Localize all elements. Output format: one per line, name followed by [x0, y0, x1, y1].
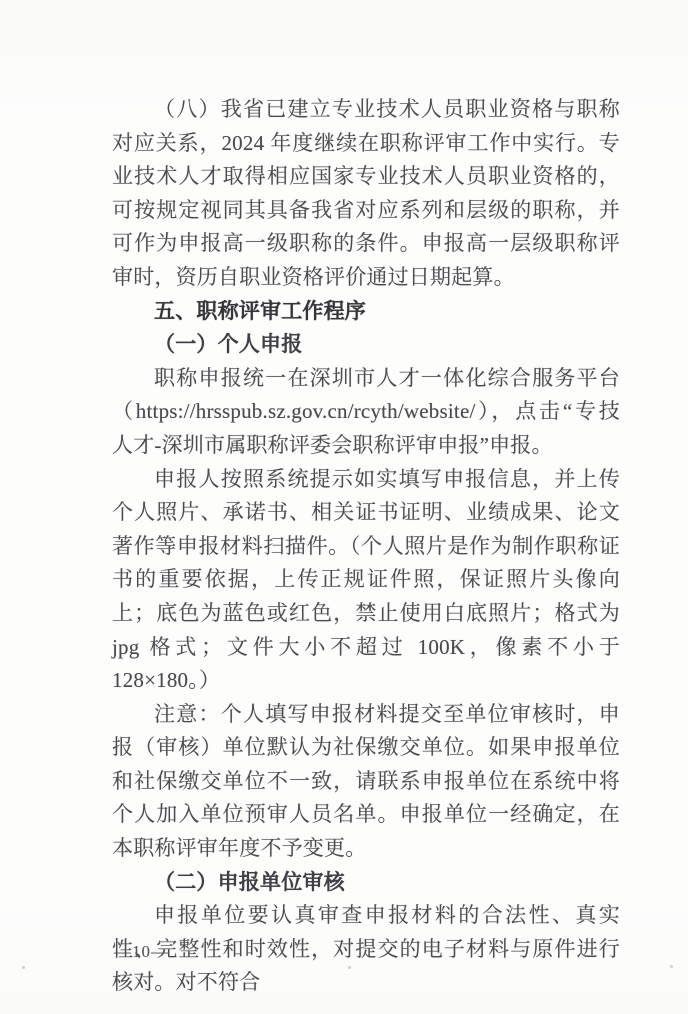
scan-artifact: [348, 966, 351, 969]
paragraph-qualification-correspondence: （八）我省已建立专业技术人员职业资格与职称对应关系，2024 年度继续在职称评审…: [112, 93, 620, 295]
paragraph-notice-unit: 注意：个人填写申报材料提交至单位审核时，申报（审核）单位默认为社保缴交单位。如果…: [112, 698, 620, 866]
document-body: （八）我省已建立专业技术人员职业资格与职称对应关系，2024 年度继续在职称评审…: [112, 93, 620, 1000]
subsection-2-heading: （二）申报单位审核: [112, 866, 620, 900]
scanned-document-page: （八）我省已建立专业技术人员职业资格与职称对应关系，2024 年度继续在职称评审…: [0, 0, 688, 1014]
paragraph-upload-materials: 申报人按照系统提示如实填写申报信息，并上传个人照片、承诺书、相关证书证明、业绩成…: [112, 463, 620, 698]
page-number: —10—: [114, 941, 169, 963]
subsection-1-heading: （一）个人申报: [112, 328, 620, 362]
paragraph-unit-review: 申报单位要认真审查申报材料的合法性、真实性、完整性和时效性，对提交的电子材料与原…: [112, 899, 620, 1000]
paragraph-application-platform: 职称申报统一在深圳市人才一体化综合服务平台（https://hrsspub.sz…: [112, 362, 620, 463]
section-5-heading: 五、职称评审工作程序: [112, 295, 620, 329]
scan-artifact: [22, 966, 25, 969]
scan-artifact: [670, 965, 673, 968]
